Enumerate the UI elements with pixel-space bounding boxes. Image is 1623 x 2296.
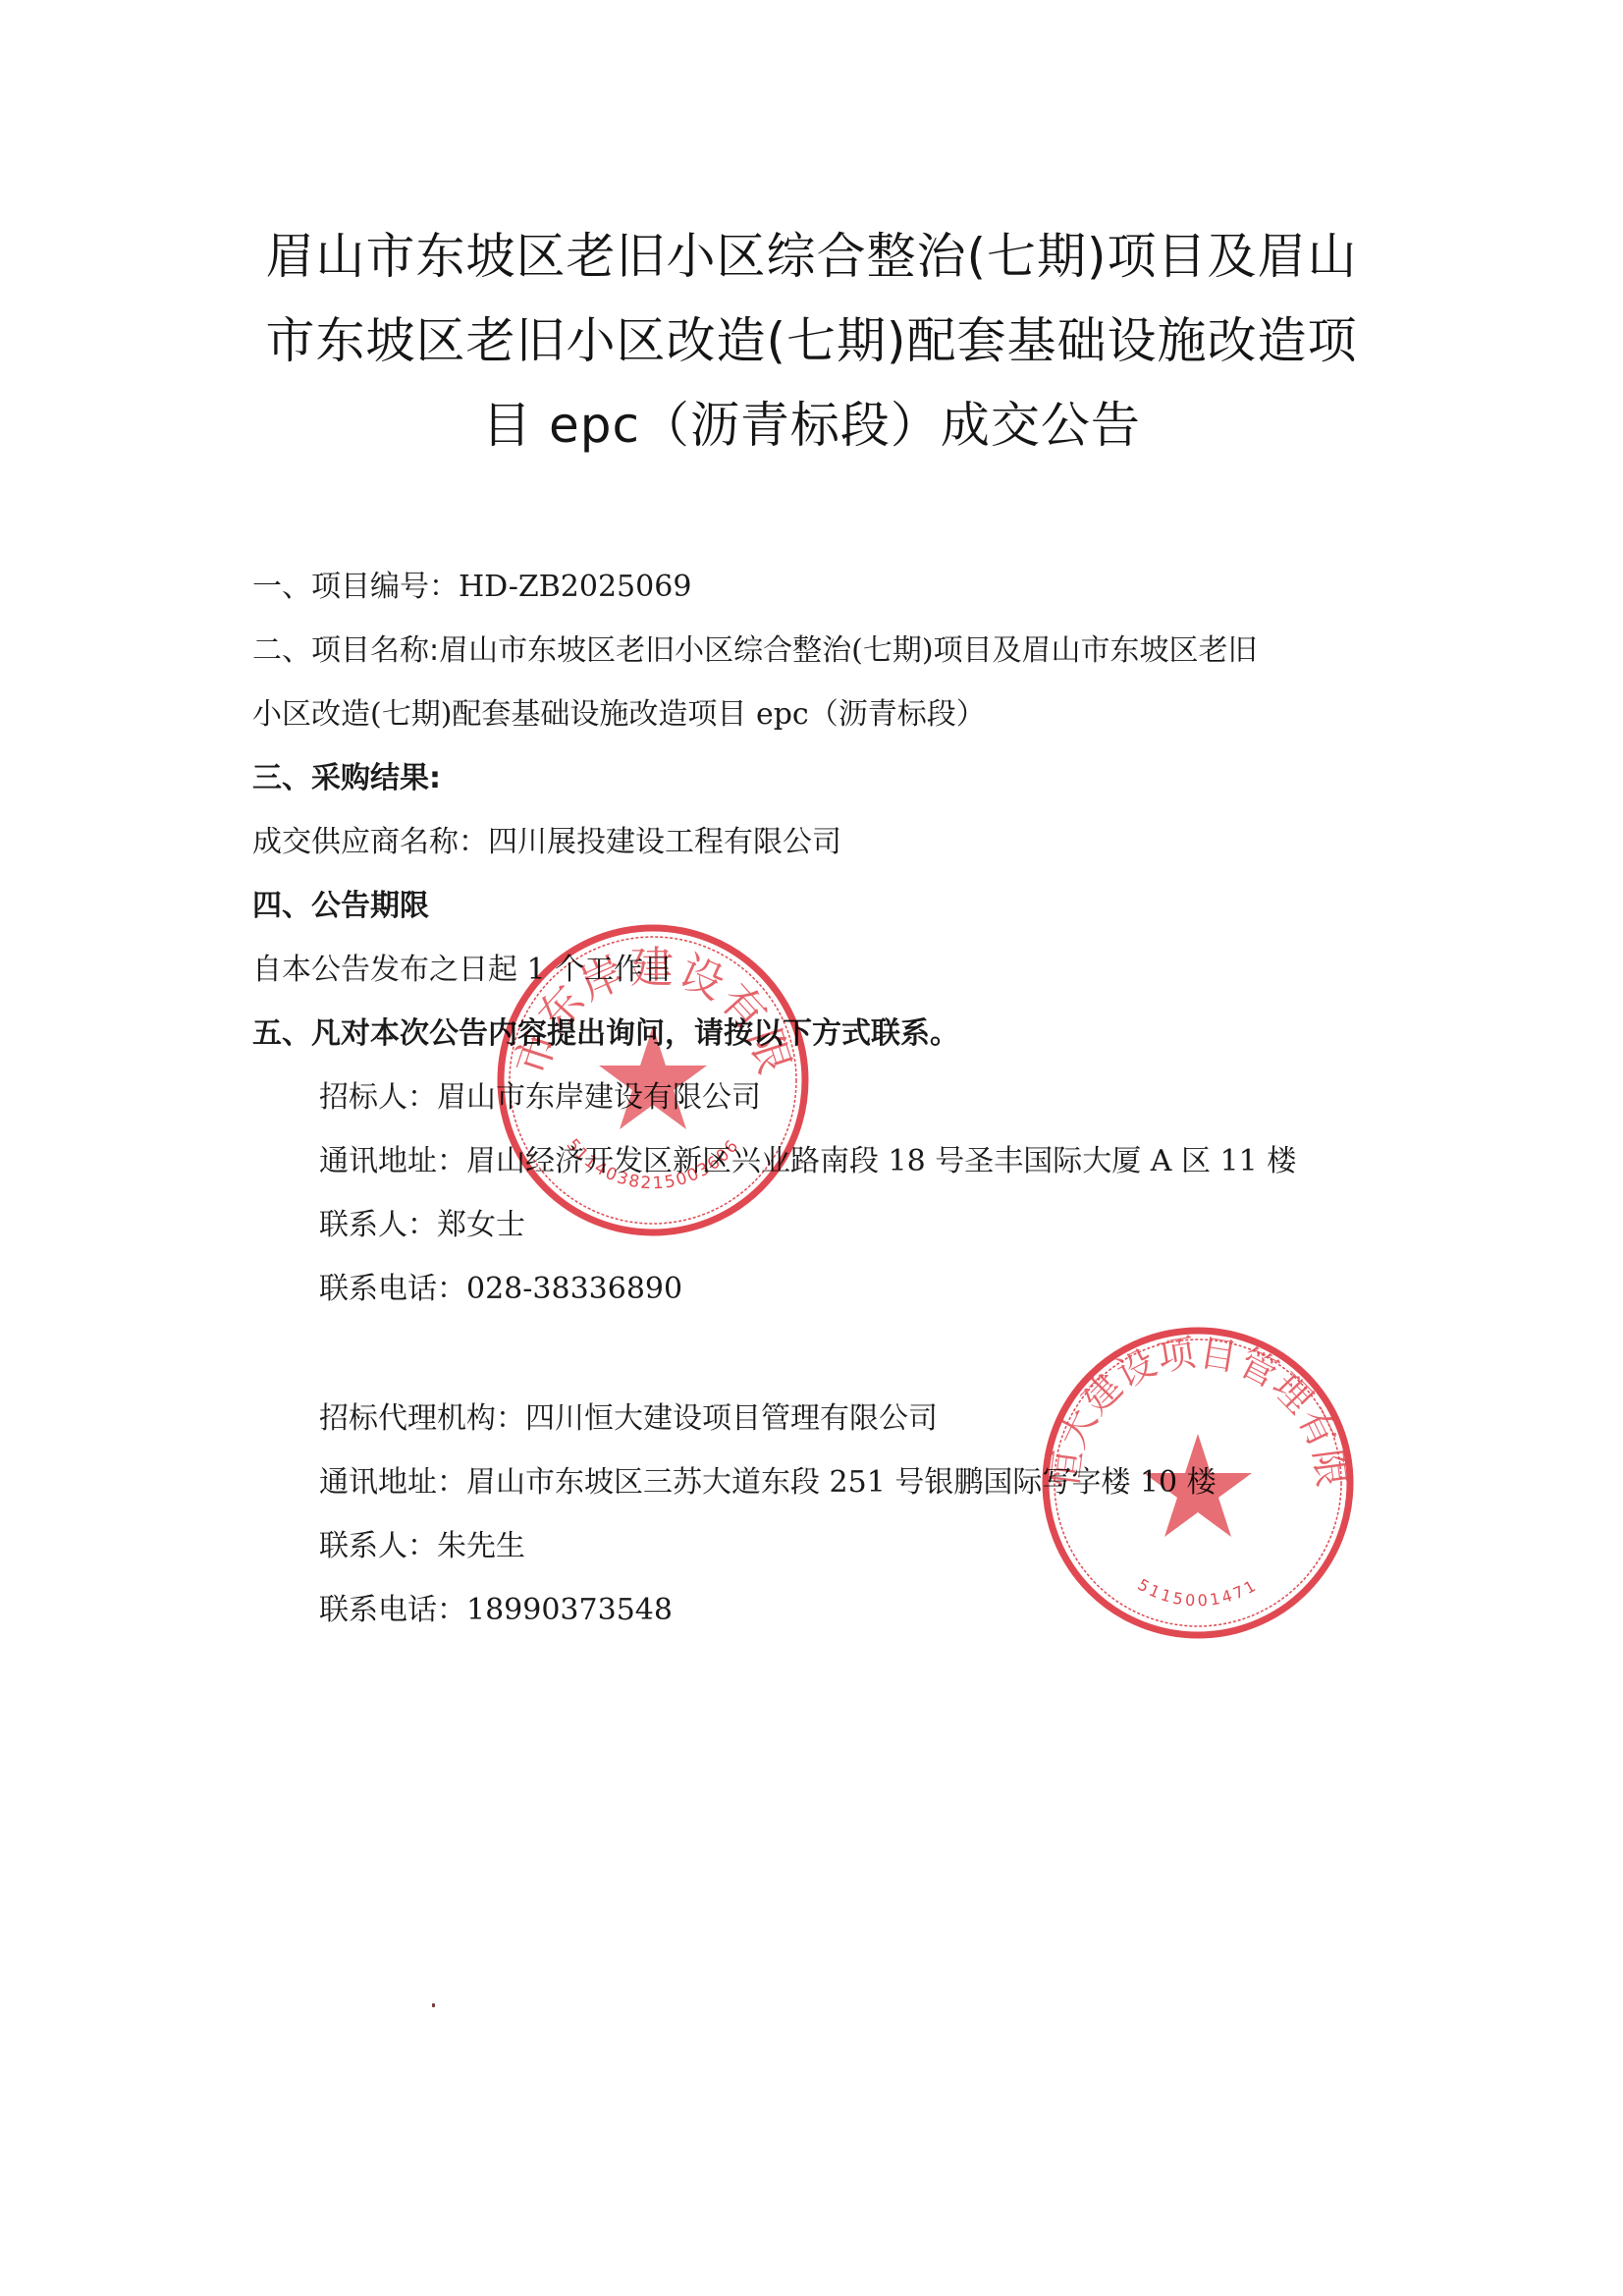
project-number-value: HD-ZB2025069	[459, 570, 691, 604]
svg-text:5114038215003606: 5114038215003606	[563, 1135, 744, 1193]
supplier-label: 成交供应商名称：	[252, 825, 488, 859]
notice-period-heading: 四、公告期限	[252, 890, 429, 923]
document-title-line-2: 市东坡区老旧小区改造(七期)配套基础设施改造项	[196, 316, 1427, 365]
document-title-line-1: 眉山市东坡区老旧小区综合整治(七期)项目及眉山	[196, 232, 1427, 281]
svg-text:5115001471: 5115001471	[1135, 1575, 1262, 1610]
procurement-result-heading: 三、采购结果:	[252, 762, 441, 795]
tenderer-address-label: 通讯地址：	[319, 1144, 466, 1178]
project-name-value-line-1: 眉山市东坡区老旧小区综合整治(七期)项目及眉山市东坡区老旧	[439, 633, 1257, 668]
tenderer-phone-value: 028-38336890	[466, 1272, 682, 1306]
seal-icon: 四川恒大建设项目管理有限公司 5115001471	[1036, 1321, 1360, 1645]
agency-name-value: 四川恒大建设项目管理有限公司	[525, 1401, 938, 1436]
document-title-line-3: 目 epc（沥青标段）成交公告	[196, 401, 1427, 450]
agency-contact-value: 朱先生	[437, 1529, 525, 1563]
agency-address-label: 通讯地址：	[319, 1465, 466, 1500]
agency-name-row: 招标代理机构：四川恒大建设项目管理有限公司	[319, 1402, 938, 1436]
supplier-value: 四川展投建设工程有限公司	[488, 825, 841, 859]
tenderer-phone-label: 联系电话：	[319, 1272, 466, 1306]
agency-name-label: 招标代理机构：	[319, 1401, 525, 1436]
agency-phone-value: 18990373548	[466, 1593, 673, 1627]
project-name-label: 二、项目名称:	[252, 633, 439, 668]
project-number-row: 一、项目编号：HD-ZB2025069	[252, 571, 691, 604]
document-page: 眉山市东坡区老旧小区综合整治(七期)项目及眉山 市东坡区老旧小区改造(七期)配套…	[0, 0, 1623, 2296]
agency-phone-label: 联系电话：	[319, 1593, 466, 1627]
project-name-continuation: 小区改造(七期)配套基础设施改造项目 epc（沥青标段）	[252, 698, 986, 732]
tenderer-contact-label: 联系人：	[319, 1208, 437, 1242]
tenderer-name-label: 招标人：	[319, 1080, 437, 1115]
supplier-row: 成交供应商名称：四川展投建设工程有限公司	[252, 826, 841, 859]
scan-speck	[432, 2003, 435, 2007]
tenderer-seal-stamp: 眉山市东岸建设有限公司 5114038215003606	[491, 918, 815, 1242]
agency-contact-label: 联系人：	[319, 1529, 437, 1563]
agency-contact-row: 联系人：朱先生	[319, 1530, 525, 1563]
agency-phone-row: 联系电话：18990373548	[319, 1594, 673, 1627]
seal-icon: 眉山市东岸建设有限公司 5114038215003606	[491, 918, 815, 1242]
project-name-row: 二、项目名称:眉山市东坡区老旧小区综合整治(七期)项目及眉山市东坡区老旧	[252, 634, 1258, 668]
project-number-label: 一、项目编号：	[252, 570, 459, 604]
agency-seal-stamp: 四川恒大建设项目管理有限公司 5115001471	[1036, 1321, 1360, 1645]
tenderer-phone-row: 联系电话：028-38336890	[319, 1273, 682, 1306]
